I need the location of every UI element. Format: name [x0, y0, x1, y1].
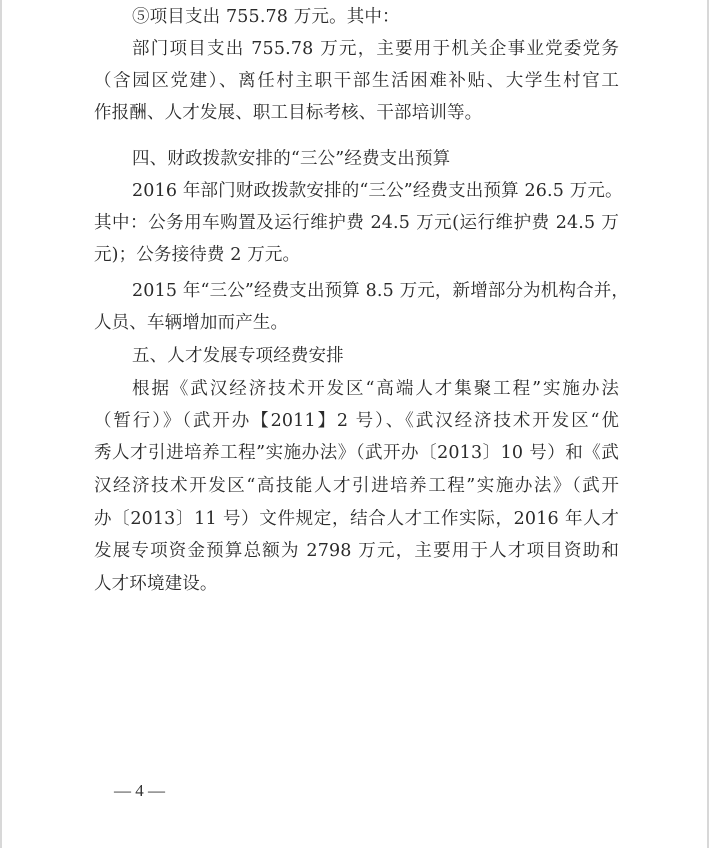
text-line-12: 根据《武汉经济技术开发区“高端人才集聚工程”实施办法 [132, 378, 619, 400]
text-line-13: （暂行）》（武开办【2011】2 号）、《武汉经济技术开发区“优 [94, 410, 619, 432]
section-heading-5: 五、人才发展专项经费安排 [132, 345, 619, 367]
text-line-15: 汉经济技术开发区“高技能人才引进培养工程”实施办法》（武开 [94, 475, 619, 497]
text-line-14: 秀人才引进培养工程”实施办法》（武开办〔2013〕10 号）和《武 [94, 442, 619, 464]
text-line-3: （含园区党建）、离任村主职干部生活困难补贴、大学生村官工 [94, 70, 619, 92]
text-line-16: 办〔2013〕11 号）文件规定，结合人才工作实际，2016 年人才 [94, 508, 619, 530]
text-line-6: 2016 年部门财政拨款安排的“三公”经费支出预算 26.5 万元。 [132, 180, 619, 202]
page-number: — 4 — [114, 780, 165, 802]
document-page: ⑤项目支出 755.78 万元。其中： 部门项目支出 755.78 万元，主要用… [0, 0, 709, 848]
text-line-8: 元)；公务接待费 2 万元。 [94, 244, 619, 266]
text-line-18: 人才环境建设。 [94, 573, 619, 595]
text-line-2: 部门项目支出 755.78 万元，主要用于机关企事业党委党务 [132, 38, 619, 60]
text-line-4: 作报酬、人才发展、职工目标考核、干部培训等。 [94, 102, 619, 124]
section-heading-4: 四、财政拨款安排的“三公”经费支出预算 [132, 148, 619, 170]
text-line-7: 其中：公务用车购置及运行维护费 24.5 万元(运行维护费 24.5 万 [94, 212, 619, 234]
text-line-10: 人员、车辆增加而产生。 [94, 312, 619, 334]
text-line-9: 2015 年“三公”经费支出预算 8.5 万元，新增部分为机构合并， [132, 280, 619, 302]
text-line-17: 发展专项资金预算总额为 2798 万元，主要用于人才项目资助和 [94, 540, 619, 562]
text-line-1: ⑤项目支出 755.78 万元。其中： [132, 6, 619, 28]
